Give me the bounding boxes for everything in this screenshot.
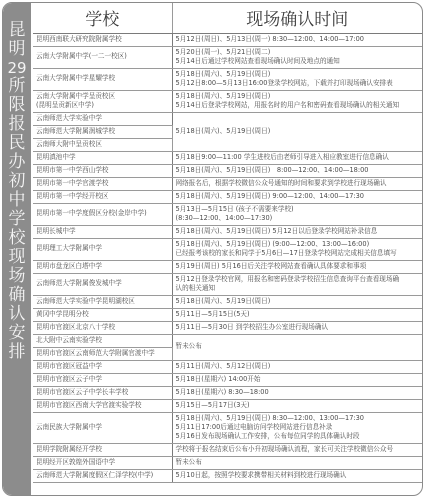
cell-text-line: 昆明市官渡区西南大学官渡实验学校 [36, 401, 169, 410]
side-title-char: 安 [3, 324, 31, 343]
table-row: 昆明市官渡区云子中学5月18日(星期六) 14:00开始 [33, 373, 422, 386]
side-title-char: 初 [3, 172, 31, 191]
confirmation-time-cell: 5月11日—5月15日(5天) [172, 308, 422, 321]
cell-text-line: 5月12日8:00—5月13日16:00登录学校网站，下载并打印现场确认安排表 [176, 79, 420, 88]
cell-text-line: 网络报名后，根据学校微信公众号通知的时间和要求到学校进行现场确认 [176, 179, 420, 188]
confirmation-time-cell: 5月18日(周六)、5月19日(周日) [172, 295, 422, 308]
cell-text-line: 5月14日后通过学校网站查看现场确认时间及地点的通知 [176, 57, 420, 66]
confirmation-time-cell: 5月11日—5月30日 到学校招生办公室进行现场确认 [172, 321, 422, 334]
school-name-cell: 黄冈中学昆明分校 [33, 308, 172, 321]
confirmation-time-cell: 5月10日起，按照学校要求携带相关材料到校进行现场确认 [172, 469, 422, 482]
schedule-table-wrap: 学校 现场确认时间 昆明西南联大研究院附属学校5月12日(周日)、5月13日(周… [33, 3, 422, 495]
school-name-cell: 云南师范大学实验中学昆明湖校区 [33, 295, 172, 308]
confirmation-time-cell: 5月18日9:00—11:00 学生进校后由老师引导进入相应教室进行信息确认 [172, 151, 422, 164]
table-row: 昆明市官渡区冠益中学5月11日(周六)、5月12日(周日) [33, 360, 422, 373]
table-row: 昆明市官渡区西南大学官渡实验学校5月15日—5月17日(3天) [33, 399, 422, 412]
table-row: 北大附中云南实验学校暂未公布 [33, 334, 422, 347]
table-row: 云南师范大学实验中学昆明湖校区5月18日(周六)、5月19日(周日) [33, 295, 422, 308]
table-row: 昆明市盘龙区白塔中学5月19日(周日) 5月16日后关注学校网站查看确认具体要求… [33, 260, 422, 273]
table-row: 昆明市第一中学经开校区5月18日(周六)、5月19日(周日) 9:00—12:0… [33, 190, 422, 203]
confirmation-time-cell: 5月18日(周六)、5月19日(周日) 5月12日以后登录学校网站补录信息 [172, 225, 422, 238]
cell-text-line: 云南大学附属中学呈贡校区 [36, 92, 169, 101]
school-name-cell: 昆明经开区敦煌外国语中学 [33, 456, 172, 469]
side-title-char: 认 [3, 305, 31, 324]
cell-text-line: (昆明呈贡新区中学) [36, 101, 169, 110]
table-row: 昆明西南联大研究院附属学校5月12日(周日)、5月13日(周一) 8:30—12… [33, 33, 422, 46]
confirmation-time-cell: 暂未公布 [172, 334, 422, 360]
school-name-cell: 昆明市第一中学经开校区 [33, 190, 172, 203]
confirmation-time-cell: 5月20日(周一)、5月21日(周二)5月14日后通过学校网站查看现场确认时间及… [172, 46, 422, 68]
confirmation-time-cell: 5月18日(星期六) 8:30—18:00 [172, 386, 422, 399]
cell-text-line: 昆明学院附属经开学校 [36, 445, 169, 454]
table-row: 云南师范大学附属度假区仁泽学校(中学)5月10日起，按照学校要求携带相关材料到校… [33, 469, 422, 482]
cell-text-line: 5月18日(周六)、5月19日(周日) [176, 70, 420, 79]
school-name-cell: 昆明学院附属经开学校 [33, 443, 172, 456]
cell-text-line: 云南大学附属中学星耀学校 [36, 74, 169, 83]
confirmation-time-cell: 5月19日(周日) 5月16日后关注学校网站查看确认具体要求和事项 [172, 260, 422, 273]
cell-text-line: 昆明市官渡区冠益中学 [36, 362, 169, 371]
cell-text-line: 5月18日(周六)、5月19日(周日) 5月12日以后登录学校网站补录信息 [176, 227, 420, 236]
cell-text-line: 5月18日(周六)、5月19日(周日) (9:00—12:00、13:00—16… [176, 240, 420, 249]
confirmation-time-cell: 5月18日(周六)、5月19日(周日) (9:00—12:00、13:00—16… [172, 238, 422, 260]
table-row: 昆明长城中学5月18日(周六)、5月19日(周日) 5月12日以后登录学校网站补… [33, 225, 422, 238]
confirmation-time-cell: 5月13日—5月15日 (孩子不需要来学校)(8:30—12:00、14:00—… [172, 203, 422, 225]
cell-text-line: 5月14日后登录学校网站，用报名时的用户名和密码查看现场确认的相关通知 [176, 101, 420, 110]
cell-text-line: 5月18日(星期六) 8:30—18:00 [176, 388, 420, 397]
cell-text-line: 昆明长城中学 [36, 227, 169, 236]
cell-text-line: 5月11日(周六)、5月12日(周日) [176, 362, 420, 371]
cell-text-line: 云南师范大学附属俊发城中学 [36, 279, 169, 288]
cell-text-line: 昆明理工大学附属中学 [36, 244, 169, 253]
confirmation-time-cell: 网络报名后，根据学校微信公众号通知的时间和要求到学校进行现场确认 [172, 177, 422, 190]
school-name-cell: 云南大学附属中学呈贡校区(昆明呈贡新区中学) [33, 90, 172, 112]
confirmation-time-cell: 5月18日(周六)、5月19日(周日) 9:00—12:00、14:00—17:… [172, 190, 422, 203]
side-title-char: 明 [3, 40, 31, 59]
school-name-cell: 昆明市官渡区西南大学官渡实验学校 [33, 399, 172, 412]
table-row: 昆明市第一中学官渡学校网络报名后，根据学校微信公众号通知的时间和要求到学校进行现… [33, 177, 422, 190]
side-title-char: 办 [3, 153, 31, 172]
school-name-cell: 云南大学附属中学(一二一校区) [33, 46, 172, 68]
cell-text-line: 5月12日(周日)、5月13日(周一) 8:30—12:00、14:00—17:… [176, 35, 420, 44]
cell-text-line: 昆明市第一中学官渡学校 [36, 179, 169, 188]
side-title-char: 中 [3, 191, 31, 210]
cell-text-line: 黄冈中学昆明分校 [36, 310, 169, 319]
cell-text-line: 5月13日—5月15日 (孩子不需要来学校) [176, 205, 420, 214]
cell-text-line: 昆明市第一中学西山学校 [36, 166, 169, 175]
cell-text-line: 认的相关通知 [176, 284, 420, 293]
confirmation-time-cell: 5月18日(周六)、5月19日(周日) [172, 112, 422, 151]
cell-text-line: 昆明滇池中学 [36, 153, 169, 162]
table-row: 云南师范大学实验中学5月18日(周六)、5月19日(周日) [33, 112, 422, 125]
header-time: 现场确认时间 [172, 3, 422, 33]
school-name-cell: 昆明市官渡区云子中学长丰学校 [33, 386, 172, 399]
confirmation-time-cell: 5月18日(周六)、5月19日(周日) 8:00—12:00、14:00—18:… [172, 164, 422, 177]
side-title-char: 昆 [3, 21, 31, 40]
cell-text-line: 昆明西南联大研究院附属学校 [36, 35, 169, 44]
cell-text-line: 暂未公布 [176, 342, 420, 351]
cell-text-line: 5月11日17:00后通过电脑访问学校网站进行信息补录 [176, 423, 420, 432]
cell-text-line: 云南民族大学附属中学 [36, 423, 169, 432]
side-title: 昆明29所限报民办初中学校现场确认安排 [3, 21, 31, 362]
school-name-cell: 昆明市官渡区云南师范大学附属官渡中学 [33, 347, 172, 360]
side-title-band: 昆明29所限报民办初中学校现场确认安排 [3, 3, 31, 495]
side-title-char: 学 [3, 210, 31, 229]
cell-text-line: 已经报考该校的家长和同学于5月6日—17日登录学校网站完成相关信息填写 [176, 249, 420, 258]
cell-text-line: 5月18日(周六)、5月19日(周日) 8:00—12:00、14:00—18:… [176, 166, 420, 175]
table-row: 云南大学附属中学(一二一校区)5月20日(周一)、5月21日(周二)5月14日后… [33, 46, 422, 68]
cell-text-line: 昆明市官渡区北京八十学校 [36, 323, 169, 332]
confirmation-time-cell: 暂未公布 [172, 456, 422, 469]
header-school: 学校 [33, 3, 172, 33]
cell-text-line: 5月18日(星期六) 14:00开始 [176, 375, 420, 384]
school-name-cell: 云南民族大学附属中学 [33, 412, 172, 443]
schedule-table: 学校 现场确认时间 昆明西南联大研究院附属学校5月12日(周日)、5月13日(周… [33, 3, 422, 483]
cell-text-line: 5月20日(周一)、5月21日(周二) [176, 48, 420, 57]
cell-text-line: 昆明经开区敦煌外国语中学 [36, 458, 169, 467]
table-row: 云南大学附属中学呈贡校区(昆明呈贡新区中学)5月18日(周六)、5月19日(周日… [33, 90, 422, 112]
table-header-row: 学校 现场确认时间 [33, 3, 422, 33]
side-title-char: 限 [3, 96, 31, 115]
cell-text-line: 昆明市第一中学经开校区 [36, 192, 169, 201]
document-frame: 昆明29所限报民办初中学校现场确认安排 学校 现场确认时间 昆明西南联大研究院附… [2, 2, 423, 496]
table-row: 云南大学附属中学星耀学校5月18日(周六)、5月19日(周日)5月12日8:00… [33, 68, 422, 90]
school-name-cell: 昆明市官渡区云子中学 [33, 373, 172, 386]
side-title-char: 报 [3, 115, 31, 134]
school-name-cell: 云南师大附中呈贡校区 [33, 138, 172, 151]
side-title-char: 所 [3, 77, 31, 96]
table-row: 昆明市官渡区北京八十学校5月11日—5月30日 到学校招生办公室进行现场确认 [33, 321, 422, 334]
school-name-cell: 昆明市第一中学官渡学校 [33, 177, 172, 190]
cell-text-line: 5月18日(周六)、5月19日(周日) [176, 297, 420, 306]
cell-text-line: 5月18日(周六)、5月19日(周日) [176, 127, 420, 136]
cell-text-line: 5月16日发布现场确认工作安排，公布每位同学的具体确认时段 [176, 432, 420, 441]
side-title-char: 民 [3, 134, 31, 153]
side-title-char: 校 [3, 229, 31, 248]
table-row: 黄冈中学昆明分校5月11日—5月15日(5天) [33, 308, 422, 321]
table-row: 昆明市第一中学度假区分校(金岸中学)5月13日—5月15日 (孩子不需要来学校)… [33, 203, 422, 225]
table-row: 云南师范大学附属俊发城中学5月12日登录学校官网，用报名和密码登录学校招生信息查… [33, 273, 422, 295]
table-row: 昆明理工大学附属中学5月18日(周六)、5月19日(周日) (9:00—12:0… [33, 238, 422, 260]
side-title-char: 29 [3, 59, 31, 77]
cell-text-line: 昆明市第一中学度假区分校(金岸中学) [36, 209, 169, 218]
school-name-cell: 云南大学附属中学星耀学校 [33, 68, 172, 90]
side-title-char: 现 [3, 248, 31, 267]
table-row: 昆明市官渡区云子中学长丰学校5月18日(星期六) 8:30—18:00 [33, 386, 422, 399]
confirmation-time-cell: 5月18日(周六)、5月19日(周日)5月14日后登录学校网站，用报名时的用户名… [172, 90, 422, 112]
table-row: 昆明市第一中学西山学校5月18日(周六)、5月19日(周日) 8:00—12:0… [33, 164, 422, 177]
school-name-cell: 昆明市官渡区冠益中学 [33, 360, 172, 373]
table-row: 昆明滇池中学5月18日9:00—11:00 学生进校后由老师引导进入相应教室进行… [33, 151, 422, 164]
cell-text-line: 5月19日(周日) 5月16日后关注学校网站查看确认具体要求和事项 [176, 262, 420, 271]
cell-text-line: 5月10日起，按照学校要求携带相关材料到校进行现场确认 [176, 471, 420, 480]
cell-text-line: 云南大学附属中学(一二一校区) [36, 52, 169, 61]
cell-text-line: 昆明市官渡区云子中学长丰学校 [36, 388, 169, 397]
table-row: 昆明经开区敦煌外国语中学暂未公布 [33, 456, 422, 469]
confirmation-time-cell: 5月15日—5月17日(3天) [172, 399, 422, 412]
school-name-cell: 云南师范大学附属度假区仁泽学校(中学) [33, 469, 172, 482]
side-title-char: 排 [3, 343, 31, 362]
school-name-cell: 昆明市官渡区北京八十学校 [33, 321, 172, 334]
cell-text-line: 5月18日(周六)、5月19日(周日) 9:00—12:00、14:00—17:… [176, 192, 420, 201]
cell-text-line: 5月11日—5月15日(5天) [176, 310, 420, 319]
confirmation-time-cell: 学校将于报名结束后公布小升初现场确认流程，家长可关注学校微信公众号 [172, 443, 422, 456]
cell-text-line: 5月18日9:00—11:00 学生进校后由老师引导进入相应教室进行信息确认 [176, 153, 420, 162]
school-name-cell: 昆明滇池中学 [33, 151, 172, 164]
confirmation-time-cell: 5月18日(周六)、5月19日(周日) 8:30—12:00、13:00—17:… [172, 412, 422, 443]
confirmation-time-cell: 5月18日(周六)、5月19日(周日)5月12日8:00—5月13日16:00登… [172, 68, 422, 90]
side-title-char: 场 [3, 267, 31, 286]
school-name-cell: 昆明长城中学 [33, 225, 172, 238]
table-row: 云南民族大学附属中学5月18日(周六)、5月19日(周日) 8:30—12:00… [33, 412, 422, 443]
school-name-cell: 昆明市盘龙区白塔中学 [33, 260, 172, 273]
school-name-cell: 昆明市第一中学西山学校 [33, 164, 172, 177]
confirmation-time-cell: 5月12日(周日)、5月13日(周一) 8:30—12:00、14:00—17:… [172, 33, 422, 46]
cell-text-line: 暂未公布 [176, 458, 420, 467]
table-body: 昆明西南联大研究院附属学校5月12日(周日)、5月13日(周一) 8:30—12… [33, 33, 422, 482]
cell-text-line: 5月12日登录学校官网，用报名和密码登录学校招生信息查询平台查看现场确 [176, 275, 420, 284]
confirmation-time-cell: 5月18日(星期六) 14:00开始 [172, 373, 422, 386]
cell-text-line: 云南师范大学附属度假区仁泽学校(中学) [36, 471, 169, 480]
cell-text-line: (8:30—12:00、14:00—17:30) [176, 214, 420, 223]
school-name-cell: 昆明市第一中学度假区分校(金岸中学) [33, 203, 172, 225]
side-title-char: 确 [3, 286, 31, 305]
school-name-cell: 云南师范大学实验中学 [33, 112, 172, 125]
confirmation-time-cell: 5月11日(周六)、5月12日(周日) [172, 360, 422, 373]
school-name-cell: 昆明西南联大研究院附属学校 [33, 33, 172, 46]
cell-text-line: 5月11日—5月30日 到学校招生办公室进行现场确认 [176, 323, 420, 332]
cell-text-line: 学校将于报名结束后公布小升初现场确认流程，家长可关注学校微信公众号 [176, 445, 420, 454]
school-name-cell: 云南师范大学附属润城学校 [33, 125, 172, 138]
cell-text-line: 5月18日(周六)、5月19日(周日) 8:30—12:00、13:00—17:… [176, 414, 420, 423]
confirmation-time-cell: 5月12日登录学校官网，用报名和密码登录学校招生信息查询平台查看现场确认的相关通… [172, 273, 422, 295]
cell-text-line: 云南师范大学实验中学昆明湖校区 [36, 297, 169, 306]
school-name-cell: 云南师范大学附属俊发城中学 [33, 273, 172, 295]
school-name-cell: 昆明理工大学附属中学 [33, 238, 172, 260]
cell-text-line: 5月15日—5月17日(3天) [176, 401, 420, 410]
cell-text-line: 5月18日(周六)、5月19日(周日) [176, 92, 420, 101]
school-name-cell: 北大附中云南实验学校 [33, 334, 172, 347]
cell-text-line: 昆明市盘龙区白塔中学 [36, 262, 169, 271]
table-row: 昆明学院附属经开学校学校将于报名结束后公布小升初现场确认流程，家长可关注学校微信… [33, 443, 422, 456]
cell-text-line: 昆明市官渡区云子中学 [36, 375, 169, 384]
